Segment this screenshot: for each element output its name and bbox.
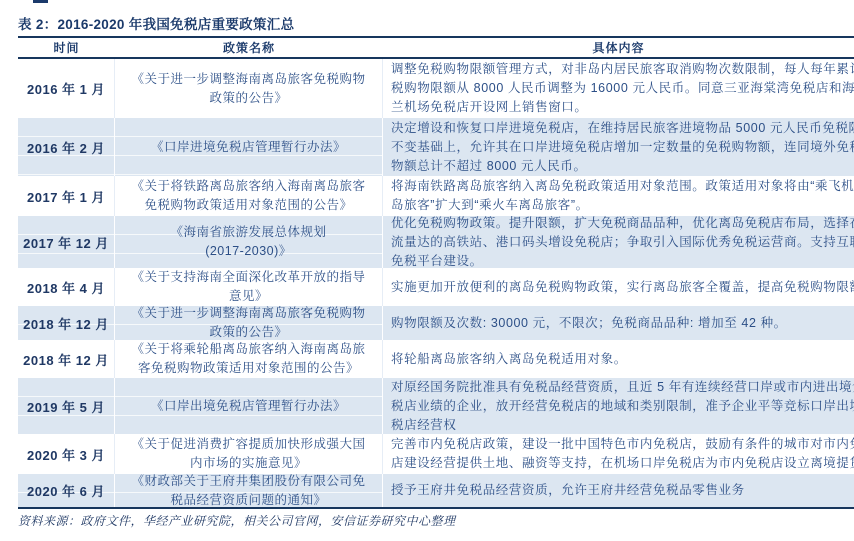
time-cell: 2018 年 12 月 xyxy=(18,306,115,340)
table-title: 表 2：2016-2020 年我国免税店重要政策汇总 xyxy=(18,13,838,33)
details-line: 店建设经营提供土地、融资等支持，在机场口岸免税店为市内免税店设立离境提货点， xyxy=(391,454,854,473)
policy-name-cell: 《关于将铁路离岛旅客纳入海南离岛旅客 免税购物政策适用对象范围的公告》 xyxy=(115,176,383,216)
time-cell: 2018 年 12 月 xyxy=(18,340,115,378)
details-line: 调整免税购物限额管理方式，对非岛内居民旅客取消购物次数限制，每人每年累计免 xyxy=(391,60,854,79)
top-edge-mark xyxy=(33,0,48,3)
policy-name-cell: 《财政部关于王府井集团股份有限公司免 税品经营资质问题的通知》 xyxy=(115,474,383,507)
time-cell: 2016 年 1 月 xyxy=(18,59,115,118)
header-details: 具体内容 xyxy=(383,39,854,56)
details-cell: 优化免税购物政策。提升限额，扩大免税商品品种，优化离岛免税店布局，选择在客流量达… xyxy=(383,216,854,268)
time-cell: 2019 年 5 月 xyxy=(18,378,115,434)
details-line: 完善市内免税店政策，建设一批中国特色市内免税店，鼓励有条件的城市对市内免税 xyxy=(391,435,854,454)
time-value: 2019 年 5 月 xyxy=(27,397,105,416)
table-header-row: 时间 政策名称 具体内容 xyxy=(18,38,854,59)
policy-name-cell: 《海南省旅游发展总体规划 (2017-2030)》 xyxy=(115,216,383,268)
details-line: 岛旅客”扩大到“乘火车离岛旅客”。 xyxy=(391,196,589,215)
table-row: 2017 年 12 月《海南省旅游发展总体规划 (2017-2030)》优化免税… xyxy=(18,216,854,268)
time-value: 2017 年 1 月 xyxy=(27,187,105,206)
details-line: 实施更加开放便利的离岛免税购物政策，实行离岛旅客全覆盖，提高免税购物限额。 xyxy=(391,278,854,297)
details-line: 税购物限额从 8000 人民币调整为 16000 元人民币。同意三亚海棠湾免税店… xyxy=(391,79,854,98)
policy-name-cell: 《口岸出境免税店管理暂行办法》 xyxy=(115,378,383,434)
table-row: 2016 年 2 月《口岸进境免税店管理暂行办法》决定增设和恢复口岸进境免税店，… xyxy=(18,118,854,176)
details-line: 授予王府井免税品经营资质，允许王府井经营免税品零售业务 xyxy=(391,481,745,500)
policy-name: 《财政部关于王府井集团股份有限公司免 税品经营资质问题的通知》 xyxy=(131,472,365,510)
table-row: 2017 年 1 月《关于将铁路离岛旅客纳入海南离岛旅客 免税购物政策适用对象范… xyxy=(18,176,854,216)
details-cell: 授予王府井免税品经营资质，允许王府井经营免税品零售业务 xyxy=(383,474,854,507)
table-row: 2020 年 6 月《财政部关于王府井集团股份有限公司免 税品经营资质问题的通知… xyxy=(18,474,854,507)
details-cell: 实施更加开放便利的离岛免税购物政策，实行离岛旅客全覆盖，提高免税购物限额。 xyxy=(383,268,854,306)
details-line: 流量达的高铁站、港口码头增设免税店；争取引入国际优秀免税运营商。支持互联网 xyxy=(391,233,854,252)
policy-name: 《关于将铁路离岛旅客纳入海南离岛旅客 免税购物政策适用对象范围的公告》 xyxy=(131,177,365,215)
policy-name-cell: 《关于进一步调整海南离岛旅客免税购物 政策的公告》 xyxy=(115,59,383,118)
details-cell: 对原经国务院批准具有免税品经营资质，且近 5 年有连续经营口岸或市内进出境免税店… xyxy=(383,378,854,434)
time-value: 2016 年 1 月 xyxy=(27,79,105,98)
table-row: 2018 年 4 月《关于支持海南全面深化改革开放的指导 意见》实施更加开放便利… xyxy=(18,268,854,306)
time-cell: 2020 年 6 月 xyxy=(18,474,115,507)
time-cell: 2018 年 4 月 xyxy=(18,268,115,306)
time-value: 2020 年 6 月 xyxy=(27,481,105,500)
policy-name: 《关于进一步调整海南离岛旅客免税购物 政策的公告》 xyxy=(131,70,365,108)
policy-name-cell: 《关于将乘轮船离岛旅客纳入海南离岛旅 客免税购物政策适用对象范围的公告》 xyxy=(115,340,383,378)
details-line: 税店业绩的企业，放开经营免税店的地域和类别限制，准予企业平等竞标口岸出境免 xyxy=(391,397,854,416)
policy-name-cell: 《关于促进消费扩容提质加快形成强大国 内市场的实施意见》 xyxy=(115,434,383,474)
time-cell: 2017 年 12 月 xyxy=(18,216,115,268)
policy-name: 《关于将乘轮船离岛旅客纳入海南离岛旅 客免税购物政策适用对象范围的公告》 xyxy=(131,340,365,378)
details-line: 兰机场免税店开设网上销售窗口。 xyxy=(391,98,588,117)
table-row: 2020 年 3 月《关于促进消费扩容提质加快形成强大国 内市场的实施意见》完善… xyxy=(18,434,854,474)
details-cell: 将轮船离岛旅客纳入离岛免税适用对象。 xyxy=(383,340,854,378)
details-cell: 调整免税购物限额管理方式，对非岛内居民旅客取消购物次数限制，每人每年累计免税购物… xyxy=(383,59,854,118)
report-table-page: 表 2：2016-2020 年我国免税店重要政策汇总 时间 政策名称 具体内容 … xyxy=(0,0,854,541)
details-line: 物额总计不超过 8000 元人民币。 xyxy=(391,157,587,176)
details-line: 对原经国务院批准具有免税品经营资质，且近 5 年有连续经营口岸或市内进出境免 xyxy=(391,378,854,397)
details-cell: 将海南铁路离岛旅客纳入离岛免税政策适用对象范围。政策适用对象将由“乘飞机离岛旅客… xyxy=(383,176,854,216)
details-line: 将海南铁路离岛旅客纳入离岛免税政策适用对象范围。政策适用对象将由“乘飞机离 xyxy=(391,177,854,196)
time-cell: 2020 年 3 月 xyxy=(18,434,115,474)
header-policy-name: 政策名称 xyxy=(115,39,383,56)
table-row: 2018 年 12 月《关于进一步调整海南离岛旅客免税购物 政策的公告》购物限额… xyxy=(18,306,854,340)
time-cell: 2016 年 2 月 xyxy=(18,118,115,176)
table-row: 2016 年 1 月《关于进一步调整海南离岛旅客免税购物 政策的公告》调整免税购… xyxy=(18,59,854,118)
policy-name: 《口岸出境免税店管理暂行办法》 xyxy=(151,397,346,416)
policy-name: 《关于支持海南全面深化改革开放的指导 意见》 xyxy=(131,268,365,306)
policy-name: 《关于促进消费扩容提质加快形成强大国 内市场的实施意见》 xyxy=(131,435,365,473)
details-line: 税店经营权 xyxy=(391,416,457,435)
policy-name-cell: 《口岸进境免税店管理暂行办法》 xyxy=(115,118,383,176)
details-line: 不变基础上，允许其在口岸进境免税店增加一定数量的免税购物额，连同境外免税购 xyxy=(391,138,854,157)
details-cell: 完善市内免税店政策，建设一批中国特色市内免税店，鼓励有条件的城市对市内免税店建设… xyxy=(383,434,854,474)
policy-name: 《关于进一步调整海南离岛旅客免税购物 政策的公告》 xyxy=(131,304,365,342)
time-value: 2018 年 12 月 xyxy=(23,314,109,333)
table-row: 2019 年 5 月《口岸出境免税店管理暂行办法》对原经国务院批准具有免税品经营… xyxy=(18,378,854,434)
details-cell: 决定增设和恢复口岸进境免税店，在维持居民旅客进境物品 5000 元人民币免税限额… xyxy=(383,118,854,176)
table-body: 2016 年 1 月《关于进一步调整海南离岛旅客免税购物 政策的公告》调整免税购… xyxy=(18,59,854,509)
policy-name: 《海南省旅游发展总体规划 (2017-2030)》 xyxy=(170,223,326,261)
time-value: 2016 年 2 月 xyxy=(27,138,105,157)
source-note: 资料来源：政府文件，华经产业研究院，相关公司官网，安信证券研究中心整理 xyxy=(18,512,838,529)
time-cell: 2017 年 1 月 xyxy=(18,176,115,216)
table-row: 2018 年 12 月《关于将乘轮船离岛旅客纳入海南离岛旅 客免税购物政策适用对… xyxy=(18,340,854,378)
details-line: 优化免税购物政策。提升限额，扩大免税商品品种，优化离岛免税店布局，选择在客 xyxy=(391,214,854,233)
details-cell: 购物限额及次数: 30000 元，不限次；免税商品品种: 增加至 42 种。 xyxy=(383,306,854,340)
policy-name-cell: 《关于进一步调整海南离岛旅客免税购物 政策的公告》 xyxy=(115,306,383,340)
time-value: 2018 年 4 月 xyxy=(27,278,105,297)
time-value: 2020 年 3 月 xyxy=(27,445,105,464)
time-value: 2018 年 12 月 xyxy=(23,350,109,369)
details-line: 购物限额及次数: 30000 元，不限次；免税商品品种: 增加至 42 种。 xyxy=(391,314,787,333)
details-line: 将轮船离岛旅客纳入离岛免税适用对象。 xyxy=(391,350,627,369)
policy-table: 时间 政策名称 具体内容 2016 年 1 月《关于进一步调整海南离岛旅客免税购… xyxy=(18,36,854,509)
time-value: 2017 年 12 月 xyxy=(23,233,109,252)
policy-name: 《口岸进境免税店管理暂行办法》 xyxy=(151,138,346,157)
header-time: 时间 xyxy=(18,39,115,56)
details-line: 决定增设和恢复口岸进境免税店，在维持居民旅客进境物品 5000 元人民币免税限额 xyxy=(391,119,854,138)
policy-name-cell: 《关于支持海南全面深化改革开放的指导 意见》 xyxy=(115,268,383,306)
